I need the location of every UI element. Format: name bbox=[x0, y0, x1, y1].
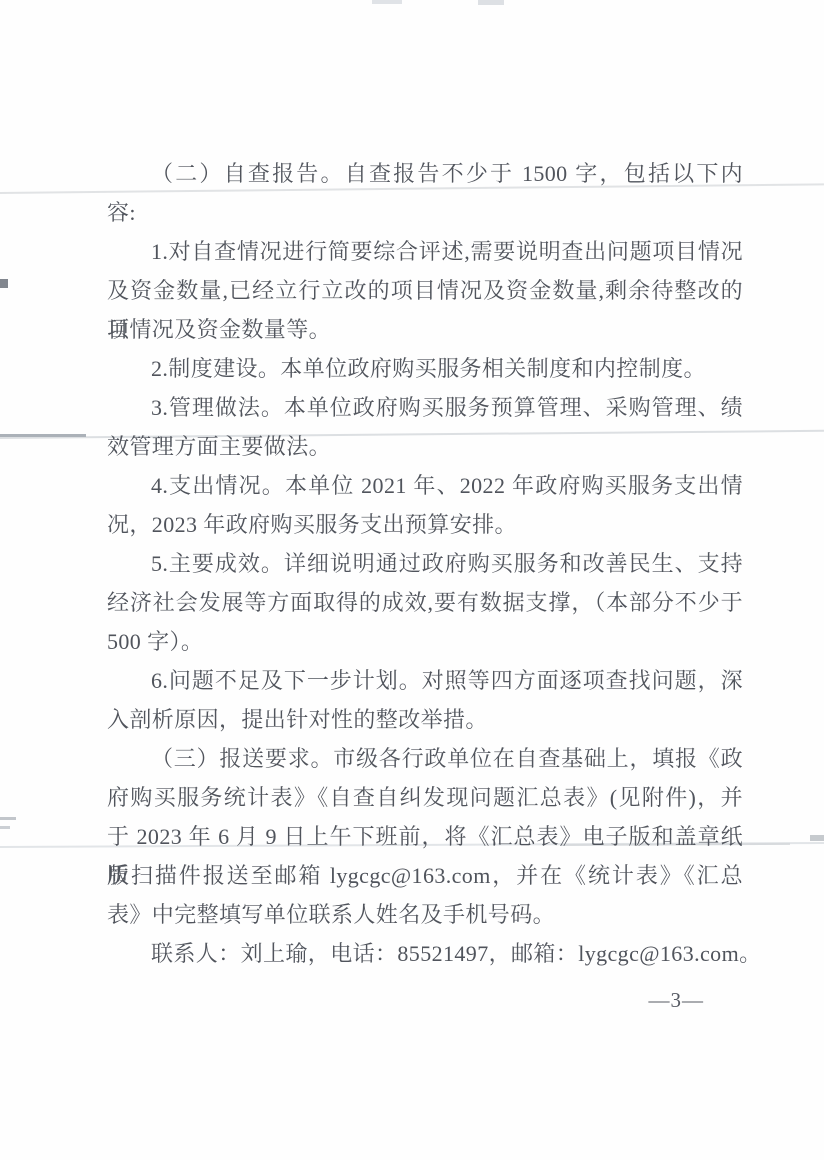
text-line: 4.支出情况。本单位 2021 年、2022 年政府购买服务支出情 bbox=[107, 466, 743, 505]
text-line: 府购买服务统计表》《自查自纠发现问题汇总表》(见附件)，并 bbox=[107, 778, 743, 817]
text-line: 2.制度建设。本单位政府购买服务相关制度和内控制度。 bbox=[107, 349, 743, 388]
text-line: 及资金数量,已经立行立改的项目情况及资金数量,剩余待整改的项 bbox=[107, 271, 743, 310]
scan-artifact-mark bbox=[0, 279, 8, 288]
text-line: 版扫描件报送至邮箱 lygcgc@163.com，并在《统计表》《汇总 bbox=[107, 856, 743, 895]
text-line: 容: bbox=[107, 193, 743, 232]
text-line: 3.管理做法。本单位政府购买服务预算管理、采购管理、绩 bbox=[107, 388, 743, 427]
text-line: 500 字）。 bbox=[107, 622, 743, 661]
text-line: 目情况及资金数量等。 bbox=[107, 310, 743, 349]
text-line: 1.对自查情况进行简要综合评述,需要说明查出问题项目情况 bbox=[107, 232, 743, 271]
text-line: 效管理方面主要做法。 bbox=[107, 427, 743, 466]
scan-artifact-mark bbox=[0, 817, 16, 820]
scan-artifact-mark bbox=[810, 835, 824, 841]
text-line: 况，2023 年政府购买服务支出预算安排。 bbox=[107, 505, 743, 544]
scanned-document-page: （二）自查报告。自查报告不少于 1500 字，包括以下内容:1.对自查情况进行简… bbox=[0, 0, 824, 1160]
text-line: （二）自查报告。自查报告不少于 1500 字，包括以下内 bbox=[107, 154, 743, 193]
scan-artifact-mark bbox=[372, 0, 402, 4]
text-line: 入剖析原因，提出针对性的整改举措。 bbox=[107, 700, 743, 739]
document-body: （二）自查报告。自查报告不少于 1500 字，包括以下内容:1.对自查情况进行简… bbox=[107, 154, 743, 973]
scan-artifact-mark bbox=[0, 826, 10, 829]
text-line: 联系人：刘上瑜，电话：85521497，邮箱：lygcgc@163.com。 bbox=[107, 934, 743, 973]
scan-artifact-mark bbox=[478, 0, 504, 5]
text-line: 经济社会发展等方面取得的成效,要有数据支撑，（本部分不少于 bbox=[107, 583, 743, 622]
text-line: 于 2023 年 6 月 9 日上午下班前，将《汇总表》电子版和盖章纸质 bbox=[107, 817, 743, 856]
scan-artifact-mark bbox=[0, 434, 86, 437]
page-number: —3— bbox=[649, 988, 705, 1012]
text-line: 6.问题不足及下一步计划。对照等四方面逐项查找问题，深 bbox=[107, 661, 743, 700]
text-line: 5.主要成效。详细说明通过政府购买服务和改善民生、支持 bbox=[107, 544, 743, 583]
text-line: 表》中完整填写单位联系人姓名及手机号码。 bbox=[107, 895, 743, 934]
text-line: （三）报送要求。市级各行政单位在自查基础上，填报《政 bbox=[107, 739, 743, 778]
